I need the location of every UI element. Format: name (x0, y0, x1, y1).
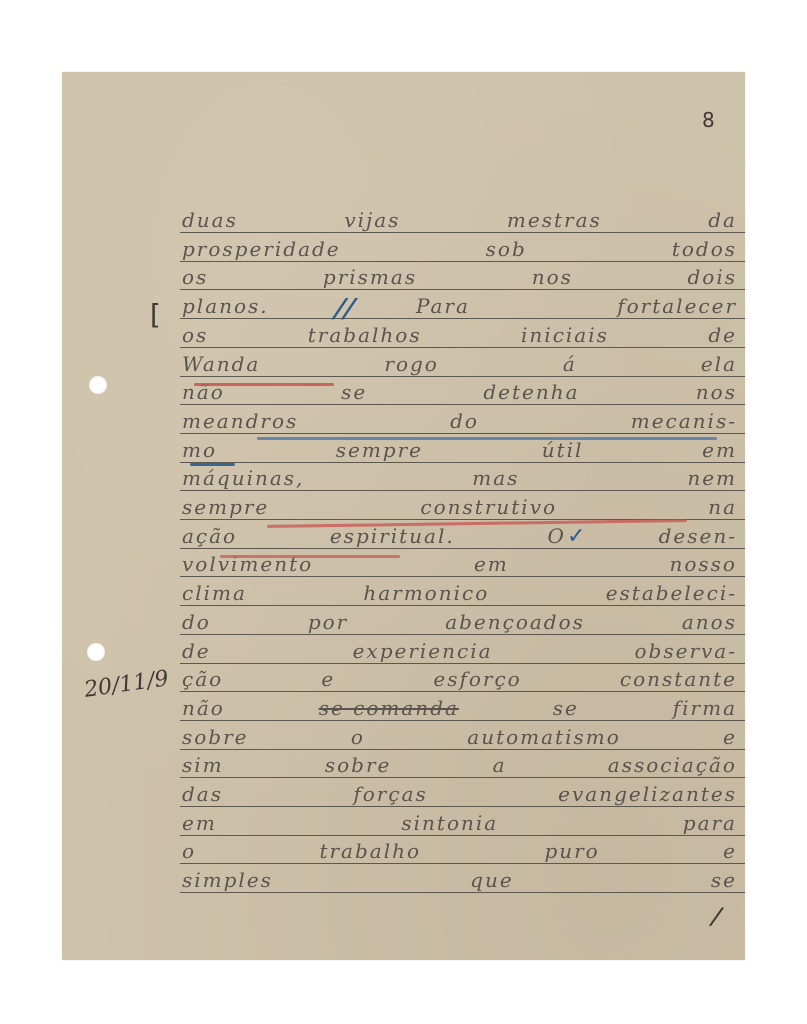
text-line: çãoeesforçoconstante (182, 664, 737, 692)
word: em (702, 438, 737, 463)
text-line: prosperidadesobtodos (182, 234, 737, 262)
text-line: sempreconstrutivona (182, 492, 737, 520)
text-line: dasforçasevangelizantes (182, 779, 737, 807)
word: sempre (182, 495, 269, 520)
word: rogo (384, 352, 438, 377)
text-line: planos.Parafortalecer (182, 291, 737, 319)
text-line: meandrosdomecanis- (182, 406, 737, 434)
word: puro (544, 839, 599, 864)
word: nosso (669, 552, 737, 577)
word: Wanda (182, 352, 260, 377)
word: em (474, 552, 509, 577)
word: fortalecer (617, 294, 737, 319)
word: construtivo (420, 495, 557, 520)
word: simples (182, 868, 273, 893)
page-number: 8 (702, 108, 715, 132)
word: para (683, 811, 737, 836)
text-line: nãose comandasefirma (182, 693, 737, 721)
word: sobre (182, 725, 249, 750)
word: estabeleci- (606, 581, 737, 606)
text-line: osprismasnosdois (182, 262, 737, 290)
word: trabalho (319, 839, 421, 864)
text-line: máquinas,masnem (182, 463, 737, 491)
word: clima (182, 581, 247, 606)
text-line: simplesquese (182, 865, 737, 893)
word: anos (682, 610, 737, 635)
margin-bracket: [ (146, 298, 163, 331)
text-line: volvimentoemnosso (182, 549, 737, 577)
word: da (708, 208, 737, 233)
text-line: Wandarogoáela (182, 349, 737, 377)
word: espiritual. (330, 524, 455, 549)
word: e (321, 667, 335, 692)
word: os (182, 323, 208, 348)
punch-hole-top (89, 376, 107, 394)
word: duas (182, 208, 238, 233)
word: harmonico (363, 581, 489, 606)
text-line: emsintoniapara (182, 808, 737, 836)
word: constante (620, 667, 737, 692)
word: de (182, 639, 211, 664)
word: sobre (325, 753, 392, 778)
word: se (341, 380, 367, 405)
word: o (182, 839, 196, 864)
word: forças (353, 782, 427, 807)
word: em (182, 811, 217, 836)
word: ação (182, 524, 237, 549)
word: detenha (483, 380, 579, 405)
word: sim (182, 753, 224, 778)
word: vijas (344, 208, 400, 233)
text-line: climaharmonicoestabeleci- (182, 578, 737, 606)
word: automatismo (467, 725, 620, 750)
word: se comanda (319, 696, 459, 721)
word: nos (696, 380, 737, 405)
word: que (470, 868, 514, 893)
word: o (351, 725, 365, 750)
word: de (708, 323, 737, 348)
word: todos (672, 237, 737, 262)
punch-hole-bottom (87, 643, 105, 661)
end-stroke: / (708, 901, 726, 932)
word: se (553, 696, 579, 721)
word: sintonia (401, 811, 498, 836)
word: sempre (336, 438, 423, 463)
word: esforço (433, 667, 521, 692)
word: ção (182, 667, 223, 692)
word: mecanis- (631, 409, 737, 434)
word: mas (472, 466, 519, 491)
word: nem (687, 466, 737, 491)
word: nos (532, 265, 573, 290)
blue-underline-mecanismo (257, 437, 717, 440)
word: trabalhos (308, 323, 422, 348)
text-line: doporabençoadosanos (182, 607, 737, 635)
word: ela (701, 352, 737, 377)
text-line: nãosedetenhanos (182, 377, 737, 405)
word: e (723, 839, 737, 864)
word: experiencia (353, 639, 493, 664)
word: por (308, 610, 348, 635)
word: máquinas, (182, 466, 304, 491)
word: dois (687, 265, 737, 290)
word: O (547, 524, 565, 549)
word: das (182, 782, 223, 807)
word: os (182, 265, 208, 290)
word: útil (542, 438, 584, 463)
word: se (711, 868, 737, 893)
word: associação (608, 753, 737, 778)
red-underline-wanda (194, 383, 334, 386)
word: abençoados (445, 610, 585, 635)
text-line: sobreoautomatismoe (182, 722, 737, 750)
word: mo (182, 438, 217, 463)
word: firma (673, 696, 737, 721)
word: meandros (182, 409, 298, 434)
word: e (723, 725, 737, 750)
word: a (493, 753, 507, 778)
margin-date: 20/11/9 (83, 666, 170, 703)
manuscript-page: 8 [ 20/11/9 duasvijasmestrasdaprosperida… (62, 72, 745, 960)
word: mestras (507, 208, 602, 233)
word: Para (416, 294, 470, 319)
word: evangelizantes (558, 782, 737, 807)
word: prismas (323, 265, 417, 290)
word: iniciais (521, 323, 609, 348)
word: não (182, 696, 225, 721)
word: observa- (635, 639, 737, 664)
word: do (182, 610, 211, 635)
word: prosperidade (182, 237, 341, 262)
blue-underline-mo (190, 463, 235, 466)
text-line: deexperienciaobserva- (182, 636, 737, 664)
red-underline-volvimento (220, 555, 400, 558)
text-line: ostrabalhosiniciaisde (182, 320, 737, 348)
word: sob (486, 237, 527, 262)
word: na (708, 495, 737, 520)
word: do (450, 409, 479, 434)
text-line: otrabalhopuroe (182, 836, 737, 864)
word: planos. (182, 294, 269, 319)
text-line: duasvijasmestrasda (182, 205, 737, 233)
word: á (563, 352, 577, 377)
blue-check-mark: ✓ (567, 524, 585, 549)
text-line: simsobreaassociação (182, 750, 737, 778)
word: desen- (659, 524, 737, 549)
